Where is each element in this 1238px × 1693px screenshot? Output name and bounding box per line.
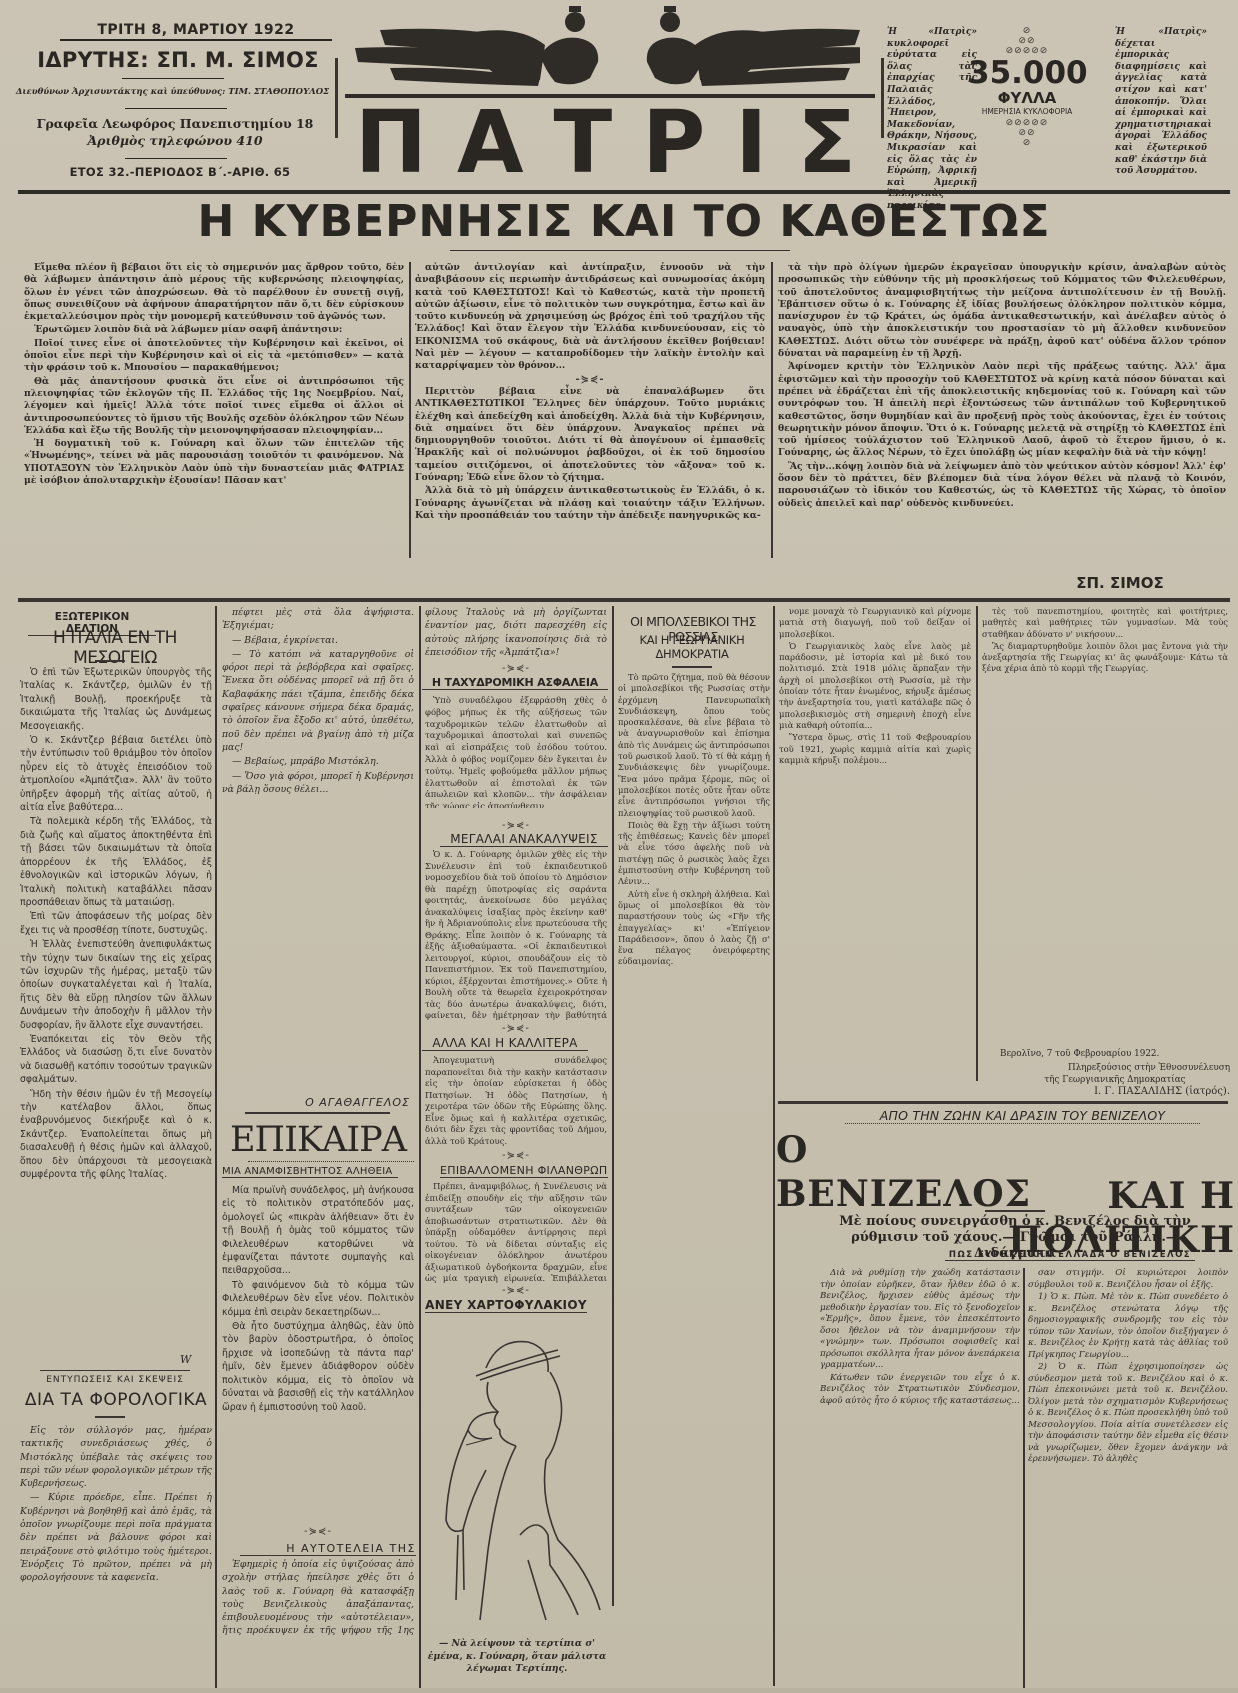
- italy-signature: W: [180, 1353, 191, 1366]
- georgia-headline-2: ΚΑΙ Η ΓΕΩΡΓΙΑΝΙΚΗ ΔΗΜΟΚΡΑΤΙΑ: [614, 633, 770, 661]
- venizelos-column-1: Διὰ νὰ ρυθμίσῃ τὴν χαώδη κατάστασιν τὴν …: [820, 1268, 1020, 1688]
- divider: [125, 158, 227, 159]
- georgia-signer-role-1: Πληρεξούσιος στὴν Ἐθνοσυνέλευση: [1020, 1062, 1230, 1074]
- founder: ΙΔΡΥΤΗΣ: ΣΠ. Μ. ΣΙΜΟΣ: [18, 48, 338, 72]
- office-address: Γραφεῖα Λεωφόρος Πανεπιστημίου 18: [20, 116, 330, 131]
- advertising-notice: Ἡ «Πατρὶς» δέχεται ἐμπορικὰς διαφημίσεις…: [1115, 27, 1207, 178]
- masthead-bottom-rule: [18, 190, 1230, 194]
- lead-column-1: Εἴμεθα πλέον ἢ βέβαιοι ὅτι εἰς τὸ σημερι…: [24, 262, 404, 562]
- divider: [122, 78, 224, 79]
- brief-body-better: Ἀπογευματινὴ συνάδελφος παραπονεῖται διὰ…: [425, 1056, 607, 1156]
- circulation-unit: ΦΥΛΛΑ: [978, 90, 1076, 106]
- divider: [125, 108, 227, 109]
- epikaira-body: Μία πρωϊνὴ συνάδελφος, μὴ ἀνήκουσα εἰς τ…: [222, 1184, 414, 1529]
- ornament-dots-top: ⊘⊘⊘⊘⊘⊘⊘⊘: [978, 26, 1076, 56]
- italy-body: Ὁ ἐπὶ τῶν Ἐξωτερικῶν ὑπουργὸς τῆς Ἰταλία…: [20, 666, 212, 1356]
- brief-headline-discoveries: ΜΕΓΑΛΑΙ ΑΝΑΚΑΛΥΨΕΙΣ: [440, 832, 608, 847]
- brief-headline-philanthropy: ΕΠΙΒΑΛΛΟΜΕΝΗ ΦΙΛΑΝΘΡΩΠΙΑ: [440, 1164, 608, 1178]
- ornament: -⋟⋞-: [425, 1285, 607, 1296]
- column-rule: [612, 606, 614, 1606]
- newspaper-page: ΤΡΙΤΗ 8, ΜΑΡΤΙΟΥ 1922 ΙΔΡΥΤΗΣ: ΣΠ. Μ. ΣΙ…: [0, 0, 1238, 1693]
- brief-body-postal: Ὑπὸ συναδέλφου ἐξεφράσθη χθὲς ὁ φόβος μή…: [425, 696, 607, 808]
- epikaira-banner: ΕΠΙΚΑΙΡΑ: [222, 1118, 414, 1162]
- column-rule: [976, 606, 978, 1081]
- masthead-divider-right: [881, 58, 884, 138]
- column-rule: [771, 262, 773, 558]
- masthead: ΤΡΙΤΗ 8, ΜΑΡΤΙΟΥ 1922 ΙΔΡΥΤΗΣ: ΣΠ. Μ. ΣΙ…: [0, 0, 1238, 200]
- brief-headline-better: ΑΛΛΑ ΚΑΙ Η ΚΑΛΛΙΤΕΡΑ: [422, 1036, 588, 1051]
- ornament: -⋟⋞-: [425, 1023, 607, 1034]
- ornament: -⋟⋞-: [415, 374, 765, 386]
- issue-date: ΤΡΙΤΗ 8, ΜΑΡΤΙΟΥ 1922: [60, 22, 332, 41]
- taxes-body: Εἰς τὸν σύλλογόν μας, ἡμέραν τακτικῆς συ…: [20, 1424, 212, 1686]
- column-rule: [419, 606, 421, 1691]
- wavy-rule: [248, 1159, 414, 1162]
- cartoon-caption: — Νὰ λείψουν τὰ τερτίπια σ' ἐμένα, κ. Γο…: [425, 1638, 609, 1676]
- italy-headline: Η ΙΤΑΛΙΑ ΕΝ ΤΗ ΜΕΣΟΓΕΙΩ: [20, 628, 210, 668]
- ornament: -⋟⋞-: [425, 1150, 607, 1161]
- taxes-headline: ΔΙΑ ΤΑ ΦΟΡΟΛΟΓΙΚΑ: [18, 1390, 214, 1410]
- column-rule: [1023, 1268, 1025, 1688]
- lead-headline: Η ΚΥΒΕΡΝΗΣΙΣ ΚΑΙ ΤΟ ΚΑΘΕΣΤΩΣ: [18, 196, 1230, 248]
- epikaira-headline: ΜΙΑ ΑΝΑΜΦΙΣΒΗΤΗΤΟΣ ΑΛΗΘΕΙΑ: [222, 1166, 398, 1178]
- divider: [985, 1210, 1045, 1212]
- venizelos-column-2: σαν στιγμήν. Οἱ κυριώτεροι λοιπὸν σύμβου…: [1028, 1268, 1228, 1688]
- newspaper-title: ΠΑΤΡΙΣ: [355, 98, 865, 188]
- briefs-continuation: φίλους Ἰταλοὺς νὰ μὴ ὀργίζωνται ἐναντίον…: [425, 606, 607, 659]
- circulation-label: ΗΜΕΡΗΣΙΑ ΚΥΚΛΟΦΟΡΙΑ: [974, 106, 1080, 118]
- georgia-column-3: τὲς τοῦ πανεπιστημίου, φοιτητὲς καὶ φοιτ…: [982, 606, 1228, 998]
- director: Διευθύνων Ἀρχισυντάκτης καὶ ὑπεύθυνος: Τ…: [10, 87, 335, 97]
- page-bottom-edge: [0, 1688, 1238, 1693]
- lead-signature: ΣΠ. ΣΙΜΟΣ: [1060, 574, 1180, 592]
- lead-column-3: τὰ τὴν πρὸ ὀλίγων ἡμερῶν ἐκραγεῖσαν ὑπου…: [778, 262, 1226, 542]
- brief-headline-postal: Η ΤΑΧΥΔΡΟΜΙΚΗ ΑΣΦΑΛΕΙΑ: [422, 676, 608, 690]
- venizelos-top-rule: [778, 1101, 1228, 1104]
- column-rule: [773, 606, 775, 1686]
- georgia-signer-name: Ι. Γ. ΠΑΣΑΛΙΔΗΣ (ἰατρός).: [1020, 1086, 1230, 1098]
- autoteleia-headline: Η ΑΥΤΟΤΕΛΕΙΑ ΤΗΣ: [240, 1542, 416, 1556]
- divider: [672, 666, 712, 668]
- georgia-column-2: νομε μοναχὰ τὸ Γεωργιανικὸ καὶ ρίχνομε μ…: [779, 606, 971, 1086]
- brief-body-philanthropy: Πρέπει, ἀναμφιβόλως, ἡ Συνέλευσις νὰ ἐπι…: [425, 1182, 607, 1286]
- double-eagle-crown-emblem: [340, 0, 860, 95]
- ornament-rule: [245, 1112, 390, 1114]
- ornament-rule: [40, 1370, 190, 1371]
- venizelos-kicker: ΑΠΟ ΤΗΝ ΖΩΗΝ ΚΑΙ ΔΡΑΣΙΝ ΤΟΥ ΒΕΝΙΖΕΛΟΥ: [845, 1108, 1200, 1124]
- man-in-bowler-hat-cartoon: [428, 1320, 608, 1640]
- georgia-dateline: Βερολῖνο, 7 τοῦ Φεβρουαρίου 1922.: [1000, 1048, 1220, 1060]
- misto-body: πέφτει μὲς στὰ ὅλα ἀψήφιστα. Ἐξηγιέμαι; …: [222, 606, 414, 1026]
- ornament: -⋟⋞-: [222, 1526, 414, 1537]
- issue-number: ΕΤΟΣ 32.-ΠΕΡΙΟΔΟΣ Β΄.-ΑΡΙΘ. 65: [30, 165, 330, 179]
- cartoon-headline: ΑΝΕΥ ΧΑΡΤΟΦΥΛΑΚΙΟΥ: [425, 1298, 587, 1313]
- circulation-number: 35.000: [968, 56, 1086, 90]
- column-rule: [215, 606, 217, 1691]
- georgia-column-1: Τὸ πρῶτο ζήτημα, ποῦ θὰ θέσουν οἱ μπολσε…: [618, 672, 770, 1682]
- georgia-signer-role-2: τῆς Γεωργιανικῆς Δημοκρατίας: [1020, 1074, 1210, 1086]
- misto-signature: Ο ΑΓΑΘΑΓΓΕΛΟΣ: [240, 1096, 410, 1109]
- ornament: -⋟⋞-: [425, 663, 607, 674]
- ornament-dots-bottom: ⊘⊘⊘⊘⊘⊘⊘⊘: [978, 118, 1076, 148]
- circulation-notice: Ἡ «Πατρὶς» κυκλοφορεῖ εὐρύτατα εἰς ὅλας …: [887, 27, 977, 213]
- column-rule: [409, 262, 411, 558]
- ornament: -⋟⋞-: [425, 820, 607, 831]
- headline-ornament: [450, 250, 790, 251]
- circulation-box: ⊘⊘⊘⊘⊘⊘⊘⊘ 35.000 ΦΥΛΛΑ ΗΜΕΡΗΣΙΑ ΚΥΚΛΟΦΟΡΙ…: [978, 26, 1076, 176]
- phone-number: Ἀριθμὸς τηλεφώνου 410: [20, 133, 330, 148]
- lead-column-2: αὐτῶν ἀντιλογίαν καὶ ἀντίπραξιν, ἐννοοῦν…: [415, 262, 765, 562]
- brief-body-discoveries: Ὁ κ. Δ. Γούναρης ὁμιλῶν χθὲς εἰς τὴν Συν…: [425, 850, 607, 1022]
- divider: [95, 660, 125, 662]
- section-rule: [18, 598, 1230, 602]
- divider: [95, 1416, 125, 1418]
- venizelos-subhead: ΠΩΣ ΕΥΡΗΚΕ ΤΗΝ ΕΛΛΑΔΑ Ο ΒΕΝΙΖΕΛΟΣ: [945, 1250, 1195, 1261]
- autoteleia-body: Ἐφημερὶς ἡ ὁποία εἰς ὑψιζούσας ἀπὸ σχολὴ…: [222, 1558, 414, 1638]
- taxes-kicker: ΕΝΤΥΠΩΣΕΙΣ ΚΑΙ ΣΚΕΨΕΙΣ: [30, 1375, 200, 1385]
- masthead-divider-left: [335, 58, 338, 138]
